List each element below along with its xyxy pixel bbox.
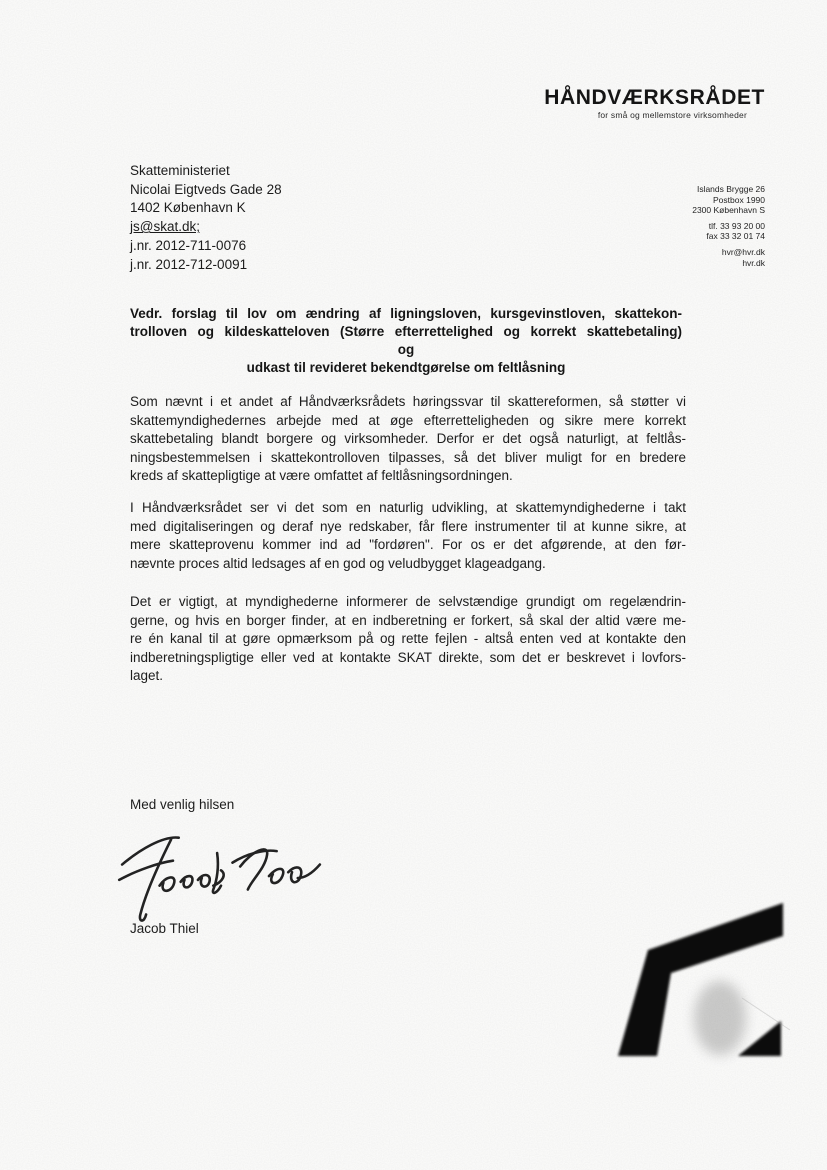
subject-line-2: trolloven og kildeskatteloven (Større ef… [130, 323, 682, 341]
sender-address: Islands Brygge 26 Postbox 1990 2300 Købe… [692, 184, 765, 216]
paragraph-line: nævnte proces altid ledsages af en god o… [130, 555, 686, 574]
paragraph-line: Det er vigtigt, at myndighederne informe… [130, 593, 686, 612]
paragraph-line: kreds af skattepligtige at være omfattet… [130, 467, 686, 486]
sender-website: hvr.dk [692, 258, 765, 269]
closing-salutation: Med venlig hilsen [130, 797, 234, 812]
sender-email: hvr@hvr.dk [692, 247, 765, 258]
journal-number-1: j.nr. 2012-711-0076 [130, 237, 282, 256]
body-paragraph-3: Det er vigtigt, at myndighederne informe… [130, 593, 686, 686]
paragraph-line: indberetningspligtige eller ved at konta… [130, 649, 686, 668]
recipient-email-link[interactable]: js@skat.dk; [130, 219, 200, 234]
paragraph-line: skattebetaling blandt borgere og virksom… [130, 430, 686, 449]
recipient-city: 1402 København K [130, 199, 282, 218]
subject-line-1: Vedr. forslag til lov om ændring af lign… [130, 305, 682, 323]
sender-phone-fax: tlf. 33 93 20 00 fax 33 32 01 74 [692, 221, 765, 242]
signer-name: Jacob Thiel [130, 921, 199, 936]
scan-artifact-mark [0, 0, 827, 1170]
sender-contact-block: Islands Brygge 26 Postbox 1990 2300 Købe… [692, 184, 765, 273]
paragraph-line: mere skatteprovenu kommer ind ad "fordør… [130, 536, 686, 555]
handwritten-signature [113, 830, 328, 926]
paragraph-line: laget. [130, 667, 686, 686]
subject-block: Vedr. forslag til lov om ændring af lign… [130, 305, 682, 377]
paragraph-line: gerne, og hvis en borger finder, at en i… [130, 612, 686, 631]
paragraph-line: ningsbestemmelsen i skattekontrolloven t… [130, 449, 686, 468]
scan-noise-overlay [0, 0, 827, 1170]
body-paragraph-1: Som nævnt i et andet af Håndværksrådets … [130, 393, 686, 486]
paragraph-line: re én kanal til at gøre opmærksom på og … [130, 630, 686, 649]
journal-number-2: j.nr. 2012-712-0091 [130, 256, 282, 275]
org-logo-text: HÅNDVÆRKSRÅDET [544, 86, 765, 110]
signature-ink [113, 830, 328, 926]
recipient-name: Skatteministeriet [130, 162, 282, 181]
org-tagline: for små og mellemstore virksomheder [544, 110, 765, 120]
sender-fax: fax 33 32 01 74 [692, 231, 765, 242]
recipient-block: Skatteministeriet Nicolai Eigtveds Gade … [130, 162, 282, 274]
body-paragraph-2: I Håndværksrådet ser vi det som en natur… [130, 499, 686, 573]
letterhead: HÅNDVÆRKSRÅDET for små og mellemstore vi… [544, 86, 765, 120]
sender-phone: tlf. 33 93 20 00 [692, 221, 765, 232]
paragraph-line: med digitaliseringen og deraf nye redska… [130, 518, 686, 537]
subject-line-4: udkast til revideret bekendtgørelse om f… [130, 359, 682, 377]
scanned-letter-page: HÅNDVÆRKSRÅDET for små og mellemstore vi… [0, 0, 827, 1170]
paragraph-line: skattemyndighedernes arbejde med at øge … [130, 412, 686, 431]
sender-postbox: Postbox 1990 [692, 195, 765, 206]
sender-street: Islands Brygge 26 [692, 184, 765, 195]
subject-line-3: og [130, 341, 682, 359]
paragraph-line: I Håndværksrådet ser vi det som en natur… [130, 499, 686, 518]
sender-web: hvr@hvr.dk hvr.dk [692, 247, 765, 268]
recipient-street: Nicolai Eigtveds Gade 28 [130, 181, 282, 200]
sender-city: 2300 København S [692, 205, 765, 216]
paragraph-line: Som nævnt i et andet af Håndværksrådets … [130, 393, 686, 412]
